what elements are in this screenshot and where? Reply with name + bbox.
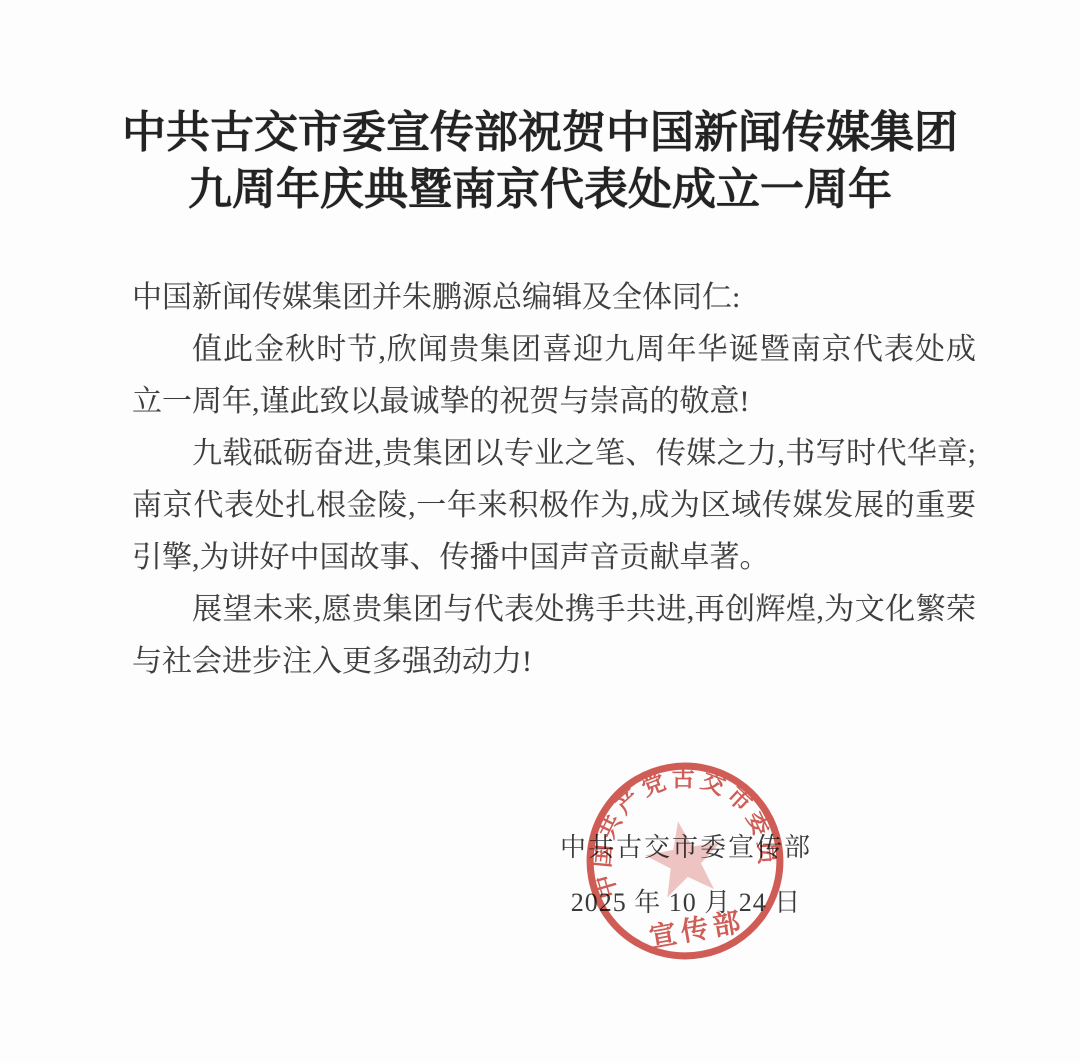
letter-body: 中国新闻传媒集团并朱鹏源总编辑及全体同仁: 值此金秋时节,欣闻贵集团喜迎九周年华… xyxy=(132,272,976,688)
date: 2025 年 10 月 24 日 xyxy=(486,875,886,930)
salutation: 中国新闻传媒集团并朱鹏源总编辑及全体同仁: xyxy=(132,272,976,324)
letter-page: 中共古交市委宣传部祝贺中国新闻传媒集团 九周年庆典暨南京代表处成立一周年 中国新… xyxy=(0,0,1080,1063)
title-line-2: 九周年庆典暨南京代表处成立一周年 xyxy=(0,161,1080,218)
paragraph-1: 值此金秋时节,欣闻贵集团喜迎九周年华诞暨南京代表处成立一周年,谨此致以最诚挚的祝… xyxy=(132,324,976,428)
paragraph-3: 展望未来,愿贵集团与代表处携手共进,再创辉煌,为文化繁荣与社会进步注入更多强劲动… xyxy=(132,584,976,688)
title-line-1: 中共古交市委宣传部祝贺中国新闻传媒集团 xyxy=(0,104,1080,161)
paragraph-2: 九载砥砺奋进,贵集团以专业之笔、传媒之力,书写时代华章;南京代表处扎根金陵,一年… xyxy=(132,428,976,584)
letter-title: 中共古交市委宣传部祝贺中国新闻传媒集团 九周年庆典暨南京代表处成立一周年 xyxy=(0,104,1080,218)
signature-block: 中共古交市委宣传部 2025 年 10 月 24 日 xyxy=(486,820,886,930)
signature: 中共古交市委宣传部 xyxy=(486,820,886,875)
